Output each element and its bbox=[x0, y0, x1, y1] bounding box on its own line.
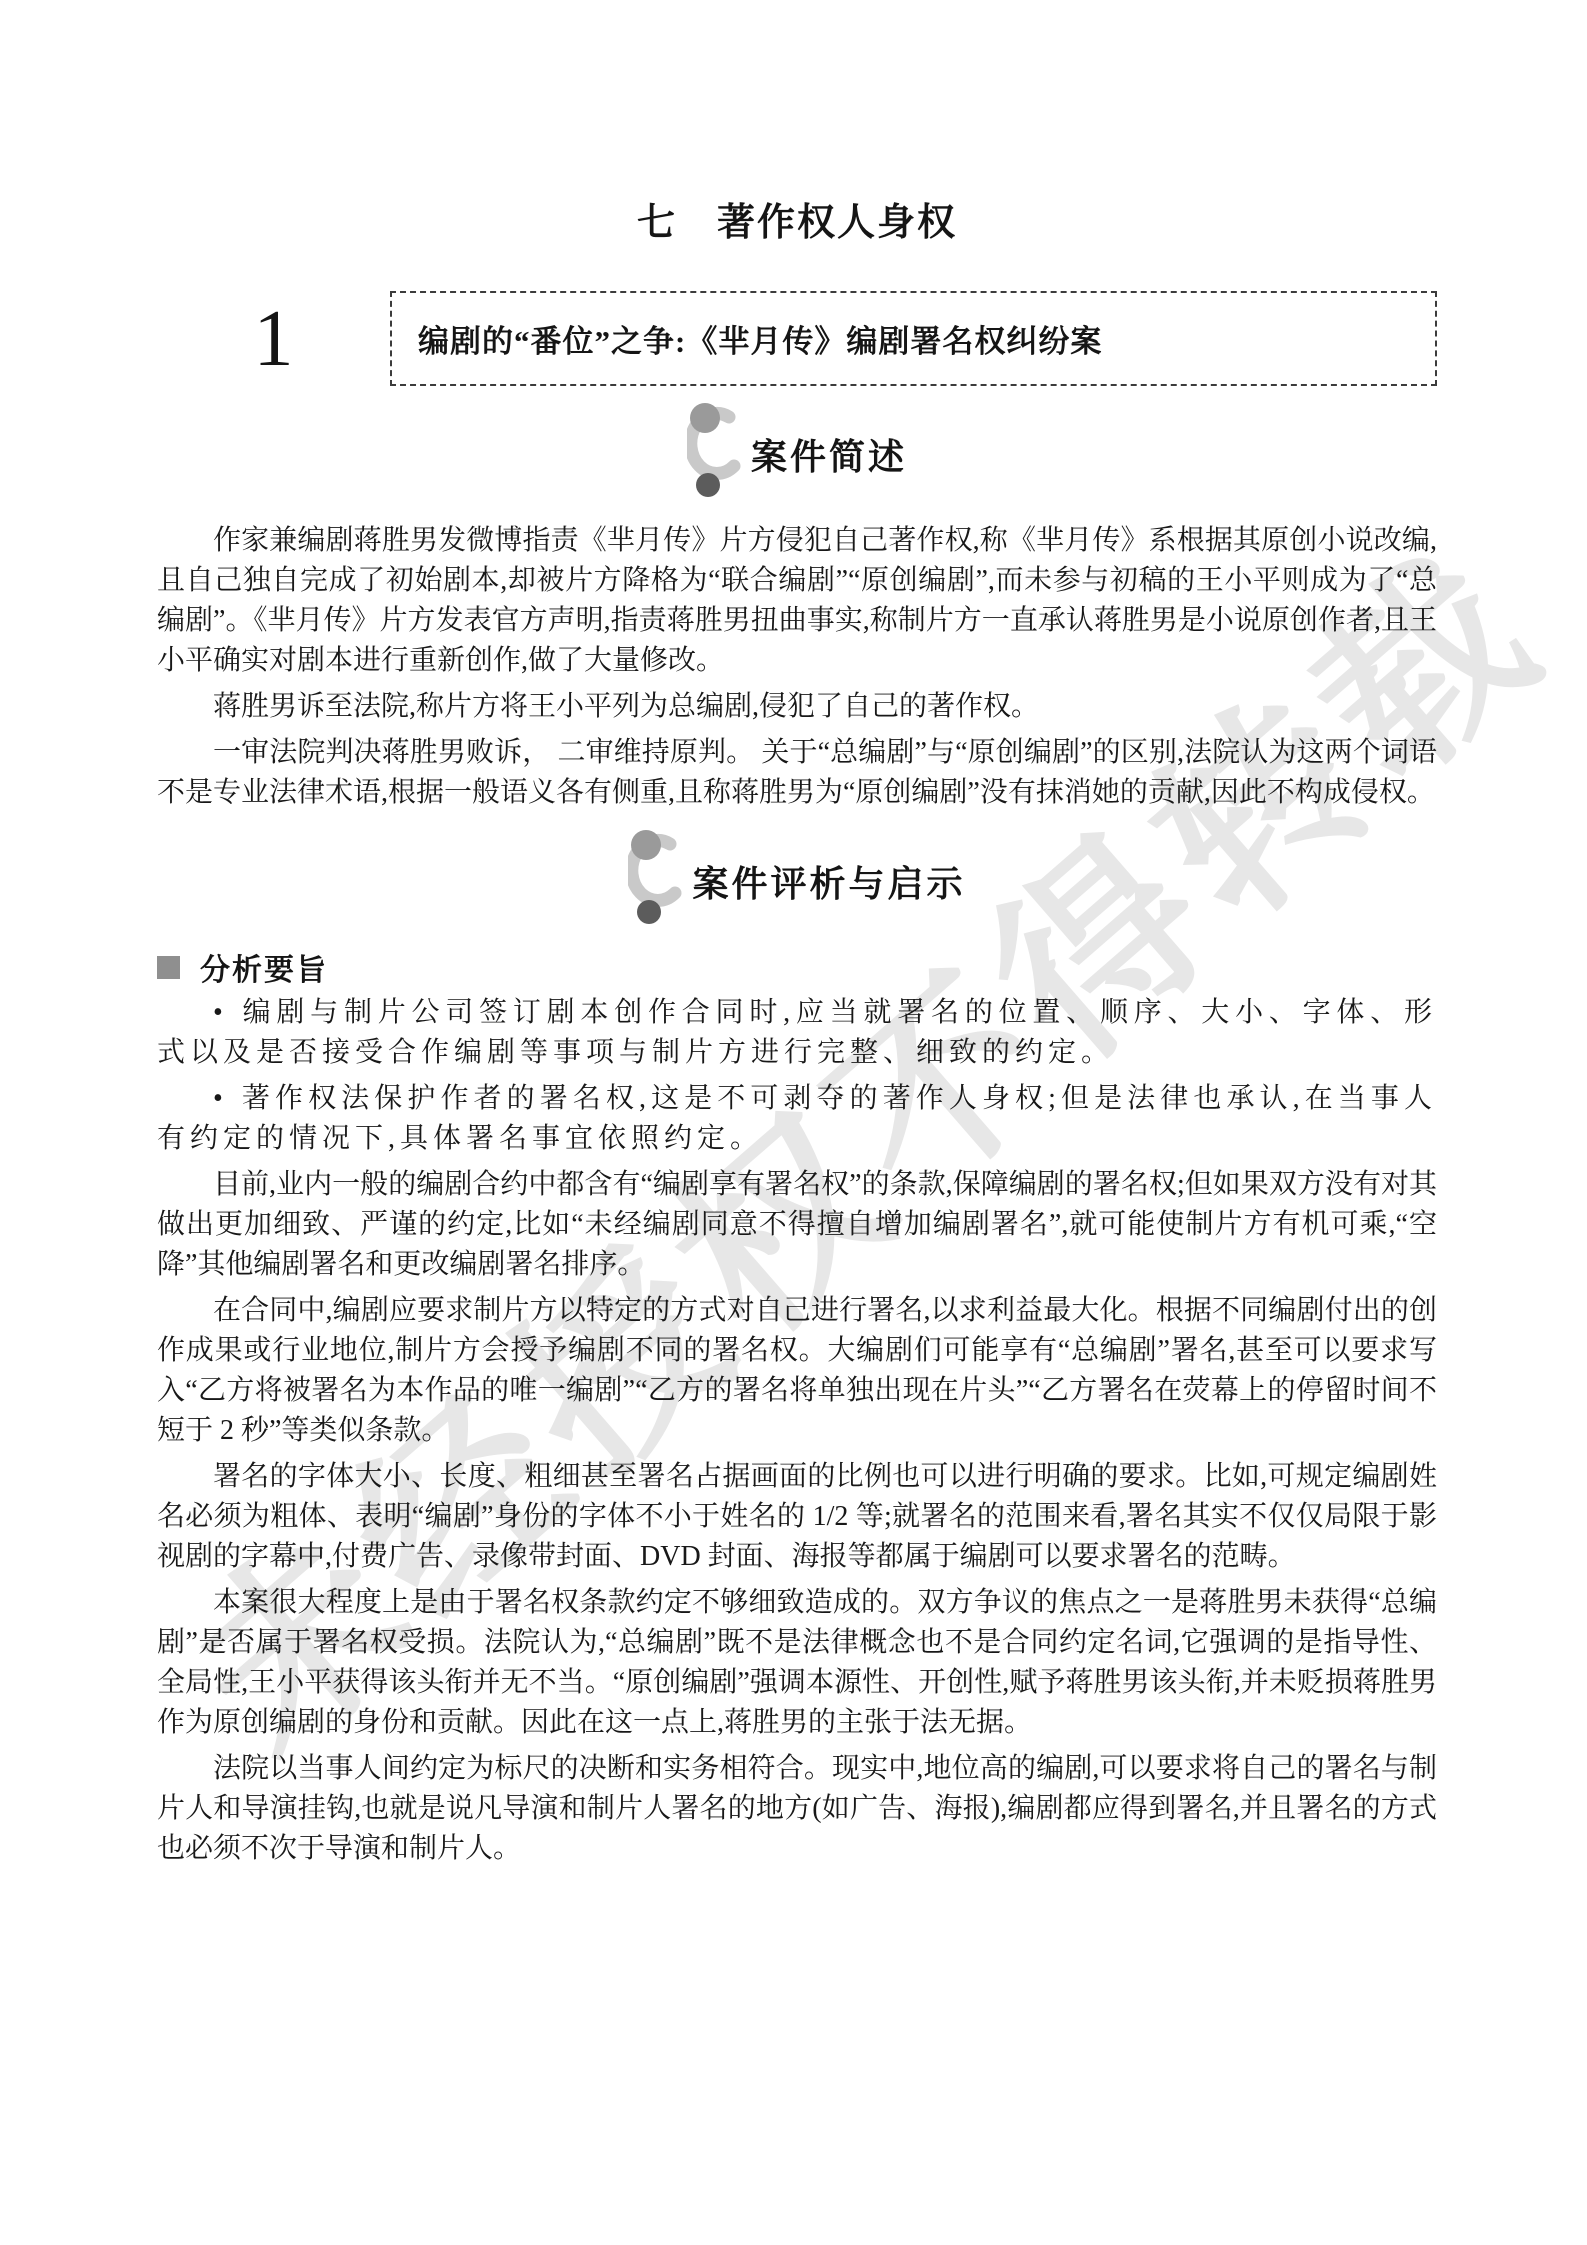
section-title: 案件评析与启示 bbox=[692, 856, 965, 907]
comma-swoosh-icon bbox=[628, 829, 686, 930]
section-header-case-analysis: 案件评析与启示 bbox=[157, 831, 1437, 931]
book-page: 未经授权不得转载 七 著作权人身权 1 编剧的“番位”之争:《芈月传》编剧署名权… bbox=[0, 0, 1587, 2245]
bullet-text: 编剧与制片公司签订剧本创作合同时,应当就署名的位置、顺序、大小、字体、形式以及是… bbox=[157, 997, 1437, 1068]
case-header-row: 1 编剧的“番位”之争:《芈月传》编剧署名权纠纷案 bbox=[157, 291, 1437, 386]
section-title: 案件简述 bbox=[751, 429, 907, 480]
paragraph: 蒋胜男诉至法院,称片方将王小平列为总编剧,侵犯了自己的著作权。 bbox=[157, 687, 1437, 727]
comma-swoosh-icon bbox=[687, 402, 745, 503]
bullet-item: •著作权法保护作者的署名权,这是不可剥夺的著作人身权;但是法律也承认,在当事人有… bbox=[157, 1079, 1437, 1159]
square-bullet-icon bbox=[157, 956, 180, 979]
paragraph: 法院以当事人间约定为标尺的决断和实务相符合。现实中,地位高的编剧,可以要求将自己… bbox=[157, 1749, 1437, 1869]
paragraph: 目前,业内一般的编剧合约中都含有“编剧享有署名权”的条款,保障编剧的署名权;但如… bbox=[157, 1165, 1437, 1285]
bullet-dot: • bbox=[213, 997, 228, 1028]
paragraph: 一审法院判决蒋胜男败诉， 二审维持原判。 关于“总编剧”与“原创编剧”的区别,法… bbox=[157, 733, 1437, 813]
case-number: 1 bbox=[157, 291, 390, 386]
bullet-dot: • bbox=[213, 1083, 228, 1114]
paragraph: 作家兼编剧蒋胜男发微博指责《芈月传》片方侵犯自己著作权,称《芈月传》系根据其原创… bbox=[157, 521, 1437, 681]
page-content: 七 著作权人身权 1 编剧的“番位”之争:《芈月传》编剧署名权纠纷案 案件简述 … bbox=[157, 0, 1437, 1875]
paragraph: 署名的字体大小、长度、粗细甚至署名占据画面的比例也可以进行明确的要求。比如,可规… bbox=[157, 1457, 1437, 1577]
bullet-item: •编剧与制片公司签订剧本创作合同时,应当就署名的位置、顺序、大小、字体、形式以及… bbox=[157, 993, 1437, 1073]
subheading-label: 分析要旨 bbox=[200, 945, 328, 989]
bullet-text: 著作权法保护作者的署名权,这是不可剥夺的著作人身权;但是法律也承认,在当事人有约… bbox=[157, 1083, 1437, 1154]
analysis-subheading: 分析要旨 bbox=[157, 949, 1437, 985]
case-title-box: 编剧的“番位”之争:《芈月传》编剧署名权纠纷案 bbox=[390, 291, 1437, 386]
chapter-title: 七 著作权人身权 bbox=[157, 0, 1437, 246]
case-title: 编剧的“番位”之争:《芈月传》编剧署名权纠纷案 bbox=[418, 316, 1102, 361]
paragraph: 本案很大程度上是由于署名权条款约定不够细致造成的。双方争议的焦点之一是蒋胜男未获… bbox=[157, 1583, 1437, 1743]
section-header-case-summary: 案件简述 bbox=[157, 404, 1437, 504]
paragraph: 在合同中,编剧应要求制片方以特定的方式对自己进行署名,以求利益最大化。根据不同编… bbox=[157, 1291, 1437, 1451]
